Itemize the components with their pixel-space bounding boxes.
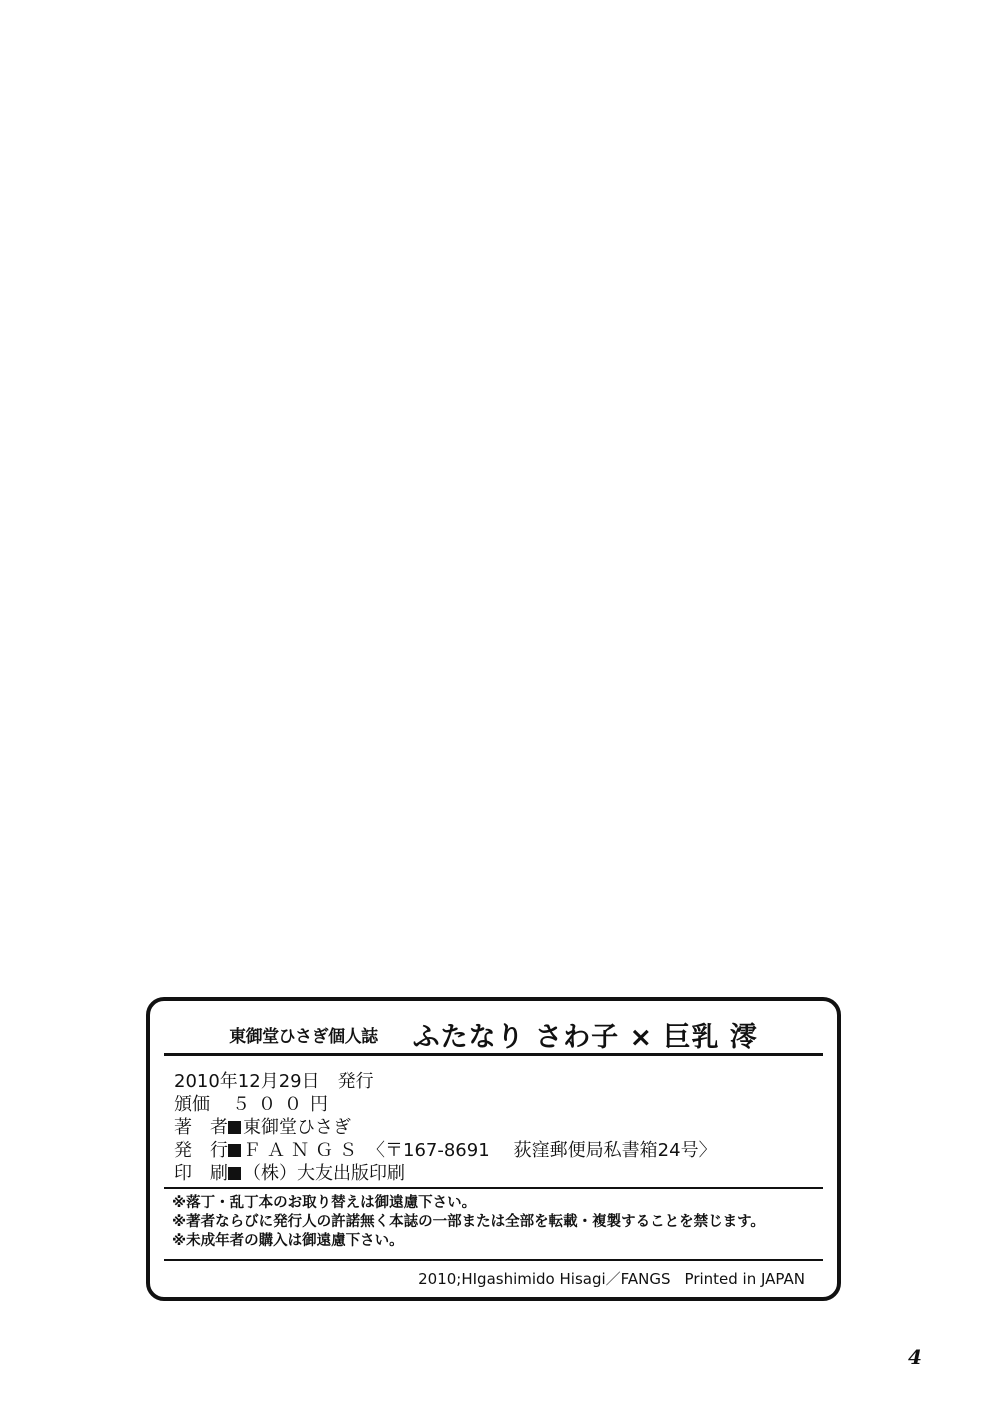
copyright-line: 2010;HIgashimido Hisagi／FANGSPrinted in …	[418, 1268, 805, 1289]
publisher-label: 発 行	[174, 1140, 228, 1161]
book-title: ふたなり さわ子 × 巨乳 澪	[413, 1022, 758, 1053]
publisher-po-box: 荻窪郵便局私書箱24号〉	[514, 1140, 717, 1161]
notes: ※落丁・乱丁本のお取り替えは御遠慮下さい。 ※著者ならびに発行人の許諾無く本誌の…	[172, 1194, 765, 1251]
publisher-postal: 〈〒167-8691	[367, 1140, 490, 1161]
printer-label: 印 刷	[174, 1163, 228, 1184]
author-value: 東御堂ひさぎ	[243, 1117, 351, 1138]
colophon-box: 東御堂ひさぎ個人誌 ふたなり さわ子 × 巨乳 澪 2010年12月29日 発行…	[146, 997, 841, 1301]
price-label: 頒価	[174, 1094, 210, 1115]
square-bullet-icon	[228, 1144, 241, 1157]
publisher-line: 発 行ＦＡＮＧＳ〈〒167-8691荻窪郵便局私書箱24号〉	[174, 1139, 717, 1162]
printed-in-text: Printed in JAPAN	[685, 1270, 805, 1288]
price-value: ５００円	[232, 1094, 336, 1115]
circle-name: 東御堂ひさぎ個人誌	[229, 1027, 378, 1047]
note-item: ※著者ならびに発行人の許諾無く本誌の一部または全部を転載・複製することを禁じます…	[172, 1213, 765, 1232]
note-item: ※未成年者の購入は御遠慮下さい。	[172, 1232, 765, 1251]
note-item: ※落丁・乱丁本のお取り替えは御遠慮下さい。	[172, 1194, 765, 1213]
printer-value: （株）大友出版印刷	[243, 1163, 405, 1184]
issue-date: 2010年12月29日 発行	[174, 1070, 717, 1093]
publication-info: 2010年12月29日 発行 頒価５００円 著 者東御堂ひさぎ 発 行ＦＡＮＧＳ…	[174, 1070, 717, 1185]
square-bullet-icon	[228, 1121, 241, 1134]
divider-bottom	[164, 1259, 823, 1261]
author-line: 著 者東御堂ひさぎ	[174, 1116, 717, 1139]
price-line: 頒価５００円	[174, 1093, 717, 1116]
divider-top	[164, 1053, 823, 1056]
printer-line: 印 刷（株）大友出版印刷	[174, 1162, 717, 1185]
publisher-name: ＦＡＮＧＳ	[243, 1140, 363, 1161]
page-number: 4	[908, 1345, 922, 1369]
square-bullet-icon	[228, 1167, 241, 1180]
copyright-text: 2010;HIgashimido Hisagi／FANGS	[418, 1270, 670, 1288]
author-label: 著 者	[174, 1117, 228, 1138]
divider-middle	[164, 1187, 823, 1189]
title-row: 東御堂ひさぎ個人誌 ふたなり さわ子 × 巨乳 澪	[150, 1015, 837, 1054]
